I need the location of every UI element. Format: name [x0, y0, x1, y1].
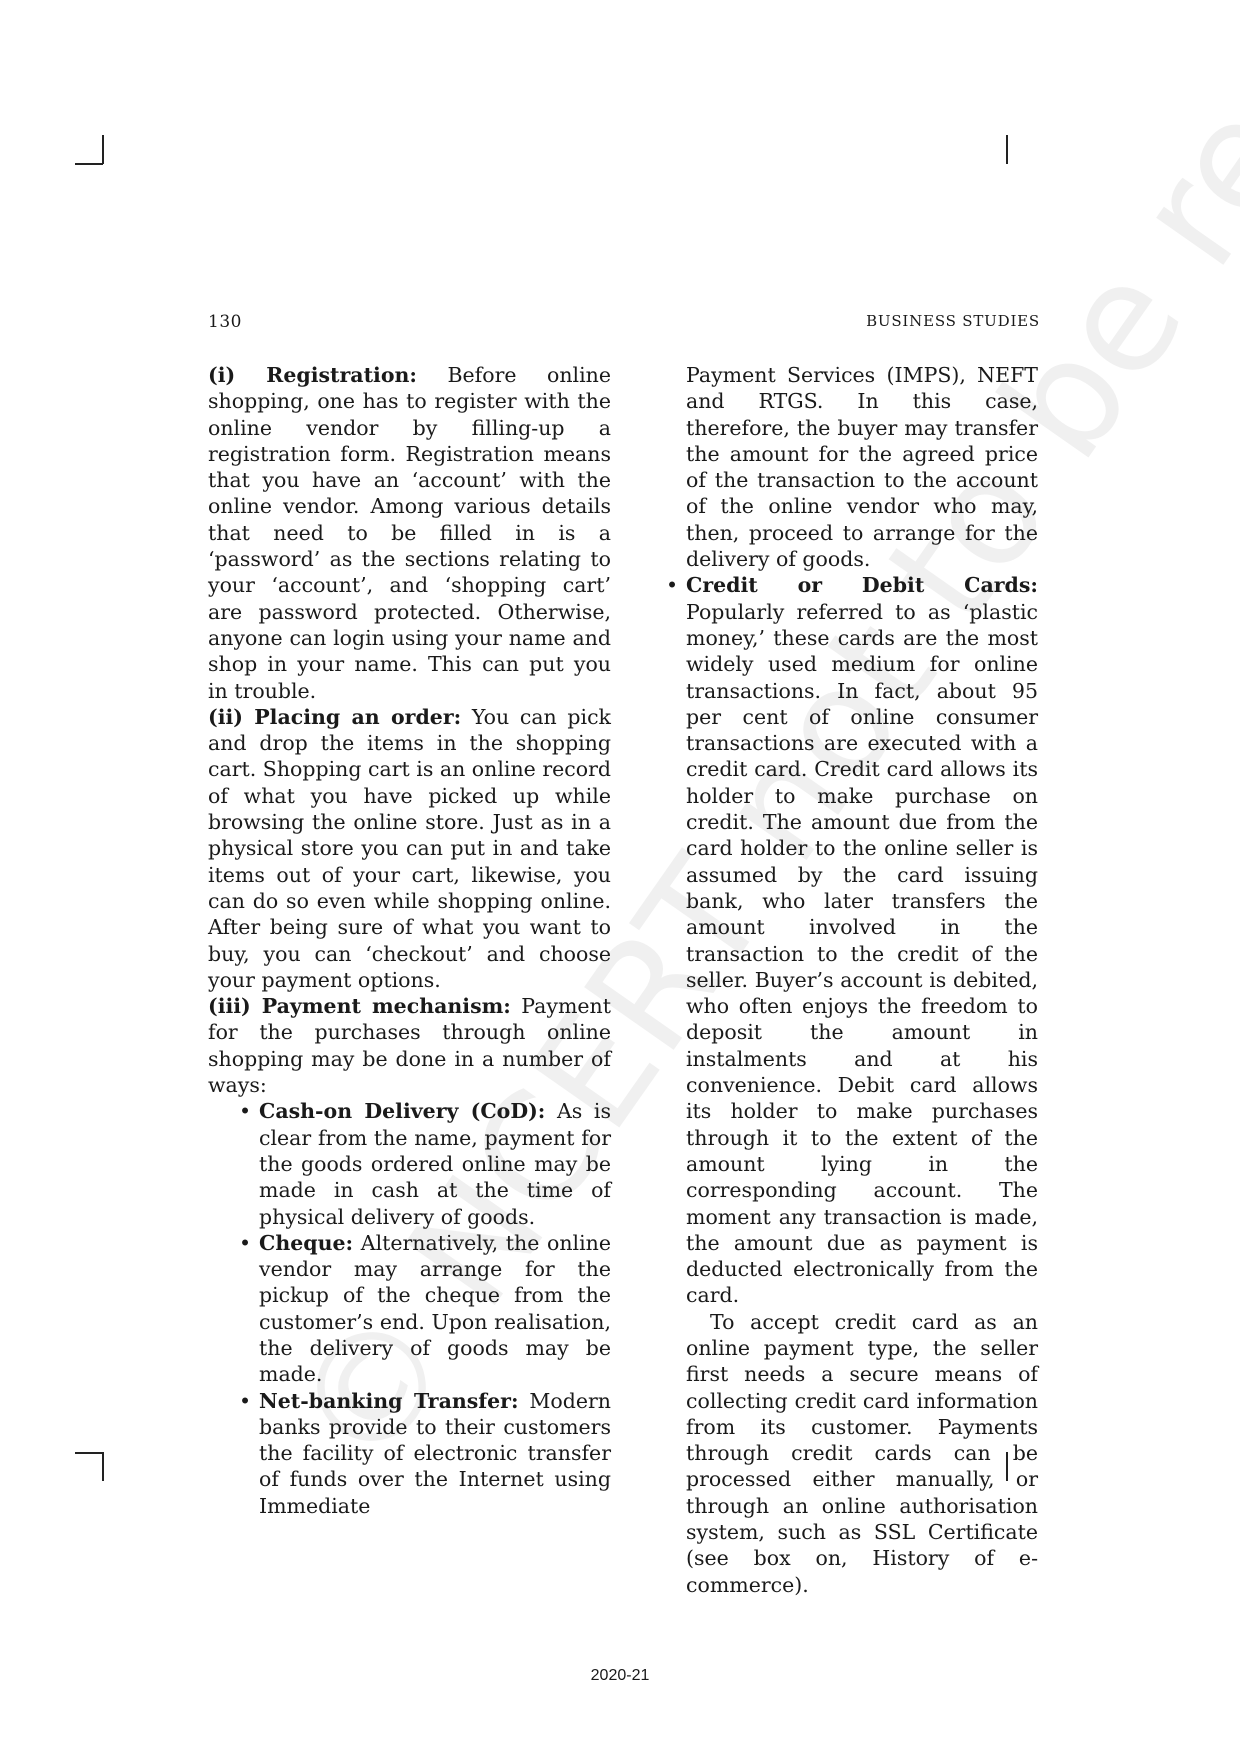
running-header-title: BUSINESS STUDIES: [866, 312, 1040, 330]
footer-year: 2020-21: [0, 1667, 1240, 1685]
registration-paragraph: (i) Registration: Before online shopping…: [208, 362, 611, 704]
page-number: 130: [208, 312, 242, 332]
bullet-term: Net-banking Transfer:: [259, 1389, 519, 1413]
crop-mark-bottom-left-h: [75, 1452, 103, 1454]
registration-text: Before online shopping, one has to regis…: [208, 363, 611, 703]
net-banking-continuation: Payment Services (IMPS), NEFT and RTGS. …: [686, 362, 1038, 572]
placing-order-text: You can pick and drop the items in the s…: [208, 705, 611, 992]
list-item: •Cheque: Alternatively, the online vendo…: [259, 1230, 611, 1388]
credit-card-acceptance-paragraph: To accept credit card as an online payme…: [686, 1309, 1038, 1598]
placing-order-heading: (ii) Placing an order:: [208, 705, 461, 729]
bullet-term: Credit or Debit Cards:: [686, 573, 1038, 597]
crop-mark-top-right-v: [1006, 135, 1008, 164]
registration-heading: (i) Registration:: [208, 363, 417, 387]
list-item: •Net-banking Transfer: Modern banks prov…: [259, 1388, 611, 1519]
bullet-icon: •: [239, 1098, 251, 1124]
left-column: (i) Registration: Before online shopping…: [208, 362, 611, 1519]
crop-mark-top-left-v: [102, 135, 104, 164]
payment-methods-list: •Cash-on Delivery (CoD): As is clear fro…: [259, 1098, 611, 1519]
right-column: Payment Services (IMPS), NEFT and RTGS. …: [686, 362, 1038, 1598]
payment-mechanism-paragraph: (iii) Payment mechanism: Payment for the…: [208, 993, 611, 1098]
bullet-term: Cash-on Delivery (CoD):: [259, 1099, 545, 1123]
crop-mark-bottom-left-v: [102, 1452, 104, 1481]
bullet-term: Cheque:: [259, 1231, 353, 1255]
crop-mark-top-left-h: [75, 163, 103, 165]
payment-mechanism-heading: (iii) Payment mechanism:: [208, 994, 511, 1018]
placing-order-paragraph: (ii) Placing an order: You can pick and …: [208, 704, 611, 993]
bullet-text: Popularly referred to as ‘plastic money,…: [686, 600, 1038, 1308]
bullet-icon: •: [239, 1230, 251, 1256]
card-payment-list: •Credit or Debit Cards: Popularly referr…: [686, 572, 1038, 1308]
bullet-icon: •: [239, 1388, 251, 1414]
list-item: •Credit or Debit Cards: Popularly referr…: [686, 572, 1038, 1308]
bullet-icon: •: [666, 572, 678, 598]
list-item: •Cash-on Delivery (CoD): As is clear fro…: [259, 1098, 611, 1229]
